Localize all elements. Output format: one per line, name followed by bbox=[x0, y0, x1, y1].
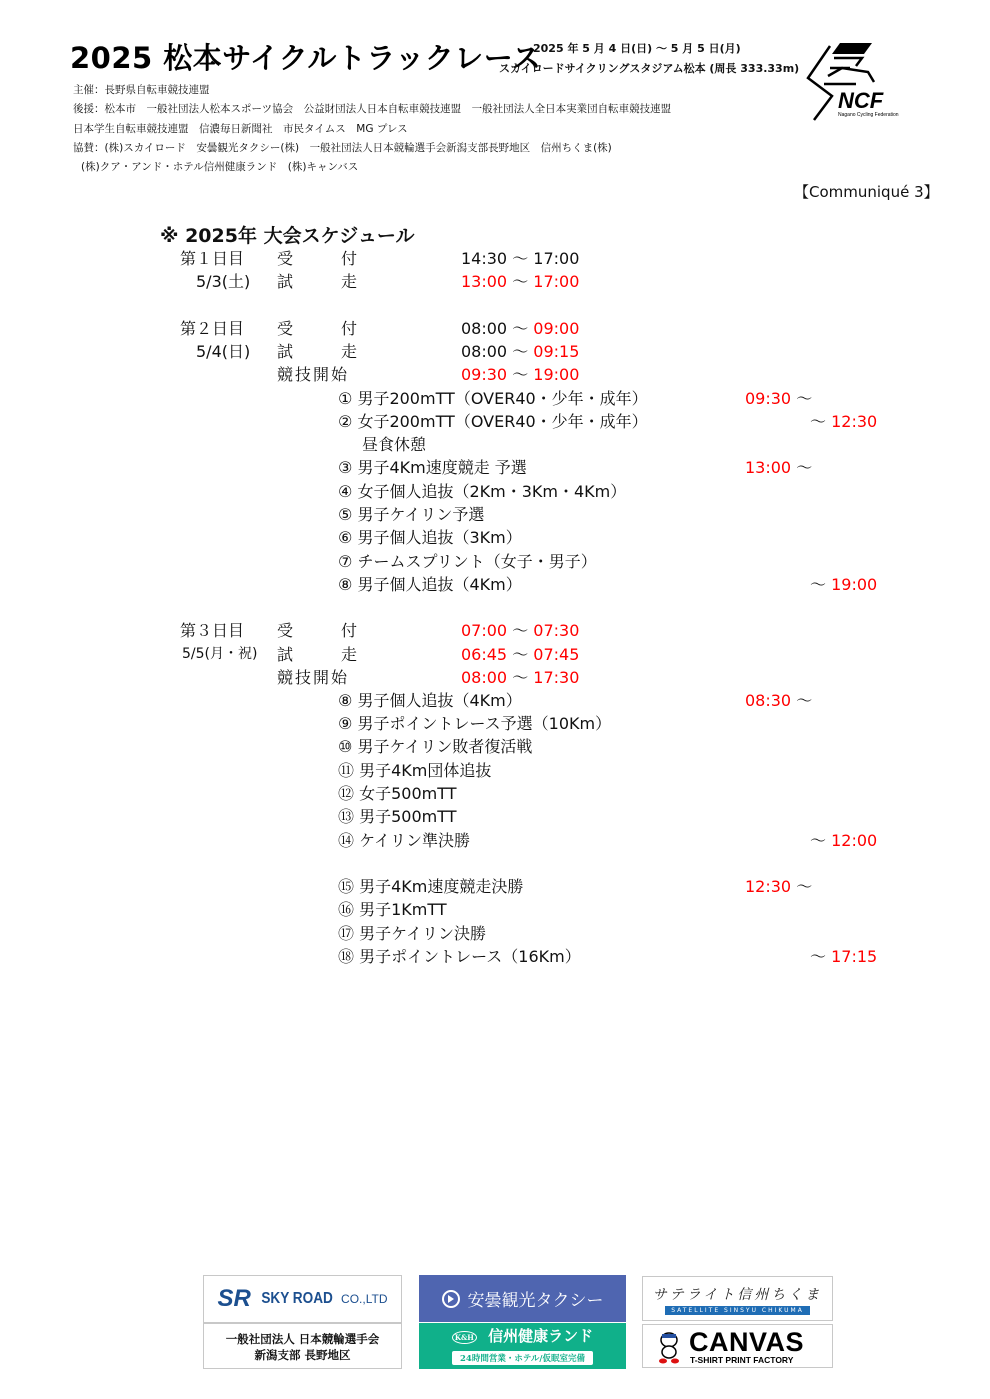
satellite-sub: SATELLITE SINSYU CHIKUMA bbox=[665, 1306, 810, 1315]
svg-text:NCF: NCF bbox=[838, 88, 884, 113]
event-item: ⑮ 男子4Km速度競走決勝 bbox=[338, 875, 523, 898]
end-time: 09:00 bbox=[533, 319, 579, 338]
event-end: ～ 17:15 bbox=[810, 945, 877, 968]
event-name: チームスプリント（女子・男子） bbox=[357, 552, 596, 571]
event-venue: スカイロードサイクリングスタジアム松本 (周長 333.33m) bbox=[499, 60, 799, 76]
range-sep: ～ bbox=[507, 249, 533, 268]
event-num: ③ bbox=[338, 458, 352, 477]
canvas-sub: T-SHIRT PRINT FACTORY bbox=[690, 1355, 793, 1365]
supporter-line-2: 日本学生自転車競技連盟 信濃毎日新聞社 市民タイムス MG プレス bbox=[73, 121, 408, 136]
event-num: ⑨ bbox=[338, 714, 352, 733]
azumi-logo-icon bbox=[442, 1290, 460, 1308]
start-time: 08:00 bbox=[461, 319, 507, 338]
organizer-line: 主催：長野県自転車競技連盟 bbox=[73, 82, 210, 97]
supporter-line: 後援：松本市 一般社団法人松本スポーツ協会 公益財団法人日本自転車競技連盟 一般… bbox=[73, 101, 671, 116]
event-name: 男子200mTT（OVER40・少年・成年） bbox=[357, 389, 647, 408]
row-name: 競技開始 bbox=[277, 363, 349, 386]
event-num: ⑬ bbox=[338, 807, 354, 826]
end-time: 17:15 bbox=[831, 947, 877, 966]
azumi-name: 安曇観光タクシー bbox=[468, 1286, 604, 1311]
start-time: 14:30 bbox=[461, 249, 507, 268]
event-num: ④ bbox=[338, 482, 352, 501]
event-name: 男子ケイリン決勝 bbox=[359, 924, 486, 943]
start-time: 13:00 bbox=[745, 458, 791, 477]
event-item: ① 男子200mTT（OVER40・少年・成年） bbox=[338, 387, 648, 410]
row-name: 試 走 bbox=[277, 643, 357, 666]
event-item: ③ 男子4Km速度競走 予選 bbox=[338, 456, 527, 479]
event-name: 男子個人追抜（4Km） bbox=[357, 691, 521, 710]
event-item: ⑨ 男子ポイントレース予選（10Km） bbox=[338, 712, 611, 735]
event-item: ⑭ ケイリン準決勝 bbox=[338, 829, 470, 852]
start-time: 08:30 bbox=[745, 691, 791, 710]
event-item: ⑧ 男子個人追抜（4Km） bbox=[338, 689, 522, 712]
page-title: 2025 松本サイクルトラックレース bbox=[70, 36, 541, 77]
event-name: 男子ケイリン敗者復活戦 bbox=[357, 737, 532, 756]
range-sep: ～ bbox=[507, 621, 533, 640]
event-num: ⑧ bbox=[338, 575, 352, 594]
day-label: 第２日目 bbox=[180, 317, 244, 340]
time-range: 08:00 ～ 09:15 bbox=[461, 340, 579, 363]
event-item: ⑱ 男子ポイントレース（16Km） bbox=[338, 945, 581, 968]
event-name: 男子ポイントレース（16Km） bbox=[359, 947, 581, 966]
sponsor-skyroad[interactable]: SR SKY ROAD CO.,LTD bbox=[203, 1275, 402, 1323]
end-time: 17:00 bbox=[533, 249, 579, 268]
event-item: ⑤ 男子ケイリン予選 bbox=[338, 503, 484, 526]
time-range: 08:00 ～ 09:00 bbox=[461, 317, 579, 340]
event-num: ⑭ bbox=[338, 831, 354, 850]
event-num: ⑤ bbox=[338, 505, 352, 524]
shinshu-name: 信州健康ランド bbox=[488, 1327, 593, 1345]
keirin-line1: 一般社団法人 日本競輪選手会 bbox=[204, 1331, 401, 1347]
event-end: ～ 12:00 bbox=[810, 829, 877, 852]
range-sep: ～ bbox=[507, 668, 533, 687]
tilde: ～ bbox=[810, 947, 826, 966]
end-time: 19:00 bbox=[533, 365, 579, 384]
canvas-mascot-icon bbox=[655, 1330, 683, 1364]
sponsor-satellite-chikuma[interactable]: サテライト信州ちくま SATELLITE SINSYU CHIKUMA bbox=[642, 1276, 833, 1321]
day-date: 5/5(月・祝) bbox=[182, 643, 257, 666]
day-date: 5/4(日) bbox=[196, 340, 250, 363]
end-time: 12:00 bbox=[831, 831, 877, 850]
svg-text:Nagano Cycling Federation: Nagano Cycling Federation bbox=[838, 112, 899, 118]
sponsor-line-2: (株)クア・アンド・ホテル信州健康ランド (株)キャンバス bbox=[81, 159, 358, 174]
day-date: 5/3(土) bbox=[196, 270, 250, 293]
range-sep: ～ bbox=[507, 645, 533, 664]
event-item: ⑦ チームスプリント（女子・男子） bbox=[338, 550, 597, 573]
shinshu-tagline: 24時間営業・ホテル/仮眠室完備 bbox=[452, 1351, 593, 1365]
event-num: ⑦ bbox=[338, 552, 352, 571]
event-item: ⑬ 男子500mTT bbox=[338, 805, 457, 828]
event-name: 男子500mTT bbox=[359, 807, 456, 826]
start-time: 07:00 bbox=[461, 621, 507, 640]
kh-badge-icon: K&H bbox=[452, 1331, 477, 1344]
keirin-line2: 新潟支部 長野地区 bbox=[204, 1347, 401, 1363]
tilde: ～ bbox=[810, 575, 826, 594]
tilde: ～ bbox=[796, 877, 812, 896]
event-start: 12:30 ～ bbox=[745, 875, 812, 898]
lunch-break: 昼食休憩 bbox=[362, 433, 426, 456]
event-num: ⑩ bbox=[338, 737, 352, 756]
event-name: 男子1KmTT bbox=[359, 900, 447, 919]
tilde: ～ bbox=[796, 691, 812, 710]
event-name: 男子4Km速度競走 予選 bbox=[357, 458, 526, 477]
event-name: 女子500mTT bbox=[359, 784, 456, 803]
start-time: 13:00 bbox=[461, 272, 507, 291]
event-name: 男子ポイントレース予選（10Km） bbox=[357, 714, 611, 733]
canvas-name: CANVAS bbox=[689, 1327, 804, 1358]
start-time: 09:30 bbox=[745, 389, 791, 408]
event-num: ⑥ bbox=[338, 528, 352, 547]
sponsor-azumi-taxi[interactable]: 安曇観光タクシー bbox=[419, 1275, 626, 1322]
event-num: ⑫ bbox=[338, 784, 354, 803]
communique-label: 【Communiqué 3】 bbox=[794, 181, 939, 202]
event-num: ⑱ bbox=[338, 947, 354, 966]
row-name: 受 付 bbox=[277, 247, 357, 270]
range-sep: ～ bbox=[507, 319, 533, 338]
end-time: 07:30 bbox=[533, 621, 579, 640]
end-time: 12:30 bbox=[831, 412, 877, 431]
sponsor-line: 協賛：(株)スカイロード 安曇観光タクシー(株) 一般社団法人日本競輪選手会新潟… bbox=[73, 140, 612, 155]
end-time: 07:45 bbox=[533, 645, 579, 664]
skyroad-name: SKY ROAD bbox=[261, 1290, 333, 1308]
event-name: 男子4Km団体追抜 bbox=[359, 761, 491, 780]
tilde: ～ bbox=[810, 412, 826, 431]
start-time: 09:30 bbox=[461, 365, 507, 384]
event-name: 女子個人追抜（2Km・3Km・4Km） bbox=[357, 482, 626, 501]
time-range: 13:00 ～ 17:00 bbox=[461, 270, 579, 293]
time-range: 07:00 ～ 07:30 bbox=[461, 619, 579, 642]
day-label: 第１日目 bbox=[180, 247, 244, 270]
skyroad-logo-icon: SR bbox=[218, 1285, 251, 1313]
event-start: 09:30 ～ bbox=[745, 387, 812, 410]
event-name: 女子200mTT（OVER40・少年・成年） bbox=[357, 412, 647, 431]
event-dates: 2025 年 5 月 4 日(日) ～ 5 月 5 日(月) bbox=[533, 40, 741, 56]
sponsor-shinshu-kenko-land[interactable]: K&H 信州健康ランド 24時間営業・ホテル/仮眠室完備 bbox=[419, 1323, 626, 1369]
event-num: ⑰ bbox=[338, 924, 354, 943]
event-num: ⑪ bbox=[338, 761, 354, 780]
event-name: 男子個人追抜（4Km） bbox=[357, 575, 521, 594]
start-time: 12:30 bbox=[745, 877, 791, 896]
event-name: 男子ケイリン予選 bbox=[357, 505, 484, 524]
sponsor-keirin-association[interactable]: 一般社団法人 日本競輪選手会 新潟支部 長野地区 bbox=[203, 1323, 402, 1369]
event-num: ② bbox=[338, 412, 352, 431]
event-item: ⑪ 男子4Km団体追抜 bbox=[338, 759, 491, 782]
time-range: 06:45 ～ 07:45 bbox=[461, 643, 579, 666]
row-name: 競技開始 bbox=[277, 666, 349, 689]
event-item: ④ 女子個人追抜（2Km・3Km・4Km） bbox=[338, 480, 626, 503]
end-time: 17:00 bbox=[533, 272, 579, 291]
event-item: ② 女子200mTT（OVER40・少年・成年） bbox=[338, 410, 648, 433]
event-item: ⑰ 男子ケイリン決勝 bbox=[338, 922, 486, 945]
end-time: 09:15 bbox=[533, 342, 579, 361]
event-start: 13:00 ～ bbox=[745, 456, 812, 479]
start-time: 08:00 bbox=[461, 668, 507, 687]
event-end: ～ 19:00 bbox=[810, 573, 877, 596]
event-item: ⑯ 男子1KmTT bbox=[338, 898, 447, 921]
row-name: 試 走 bbox=[277, 340, 357, 363]
event-start: 08:30 ～ bbox=[745, 689, 812, 712]
row-name: 試 走 bbox=[277, 270, 357, 293]
end-time: 19:00 bbox=[831, 575, 877, 594]
time-range: 14:30 ～ 17:00 bbox=[461, 247, 579, 270]
event-name: 男子個人追抜（3Km） bbox=[357, 528, 521, 547]
ncf-logo: NCF Nagano Cycling Federation bbox=[800, 38, 905, 124]
event-name: ケイリン準決勝 bbox=[359, 831, 470, 850]
satellite-name: サテライト信州ちくま bbox=[643, 1284, 832, 1304]
event-item: ⑫ 女子500mTT bbox=[338, 782, 457, 805]
day-label: 第３日目 bbox=[180, 619, 244, 642]
event-item: ⑩ 男子ケイリン敗者復活戦 bbox=[338, 735, 532, 758]
event-end: ～ 12:30 bbox=[810, 410, 877, 433]
range-sep: ～ bbox=[507, 342, 533, 361]
sponsor-canvas[interactable]: CANVAS T-SHIRT PRINT FACTORY bbox=[642, 1324, 833, 1368]
start-time: 06:45 bbox=[461, 645, 507, 664]
range-sep: ～ bbox=[507, 365, 533, 384]
range-sep: ～ bbox=[507, 272, 533, 291]
row-name: 受 付 bbox=[277, 619, 357, 642]
tilde: ～ bbox=[810, 831, 826, 850]
start-time: 08:00 bbox=[461, 342, 507, 361]
row-name: 受 付 bbox=[277, 317, 357, 340]
end-time: 17:30 bbox=[533, 668, 579, 687]
event-item: ⑥ 男子個人追抜（3Km） bbox=[338, 526, 522, 549]
event-num: ⑯ bbox=[338, 900, 354, 919]
ncf-logo-icon: NCF Nagano Cycling Federation bbox=[800, 38, 905, 124]
event-num: ⑮ bbox=[338, 877, 354, 896]
schedule-heading: ※ 2025年 大会スケジュール bbox=[160, 221, 414, 248]
event-name: 男子4Km速度競走決勝 bbox=[359, 877, 523, 896]
event-item: ⑧ 男子個人追抜（4Km） bbox=[338, 573, 522, 596]
event-num: ⑧ bbox=[338, 691, 352, 710]
skyroad-suffix: CO.,LTD bbox=[341, 1292, 387, 1306]
event-num: ① bbox=[338, 389, 352, 408]
tilde: ～ bbox=[796, 458, 812, 477]
time-range: 08:00 ～ 17:30 bbox=[461, 666, 579, 689]
tilde: ～ bbox=[796, 389, 812, 408]
time-range: 09:30 ～ 19:00 bbox=[461, 363, 579, 386]
